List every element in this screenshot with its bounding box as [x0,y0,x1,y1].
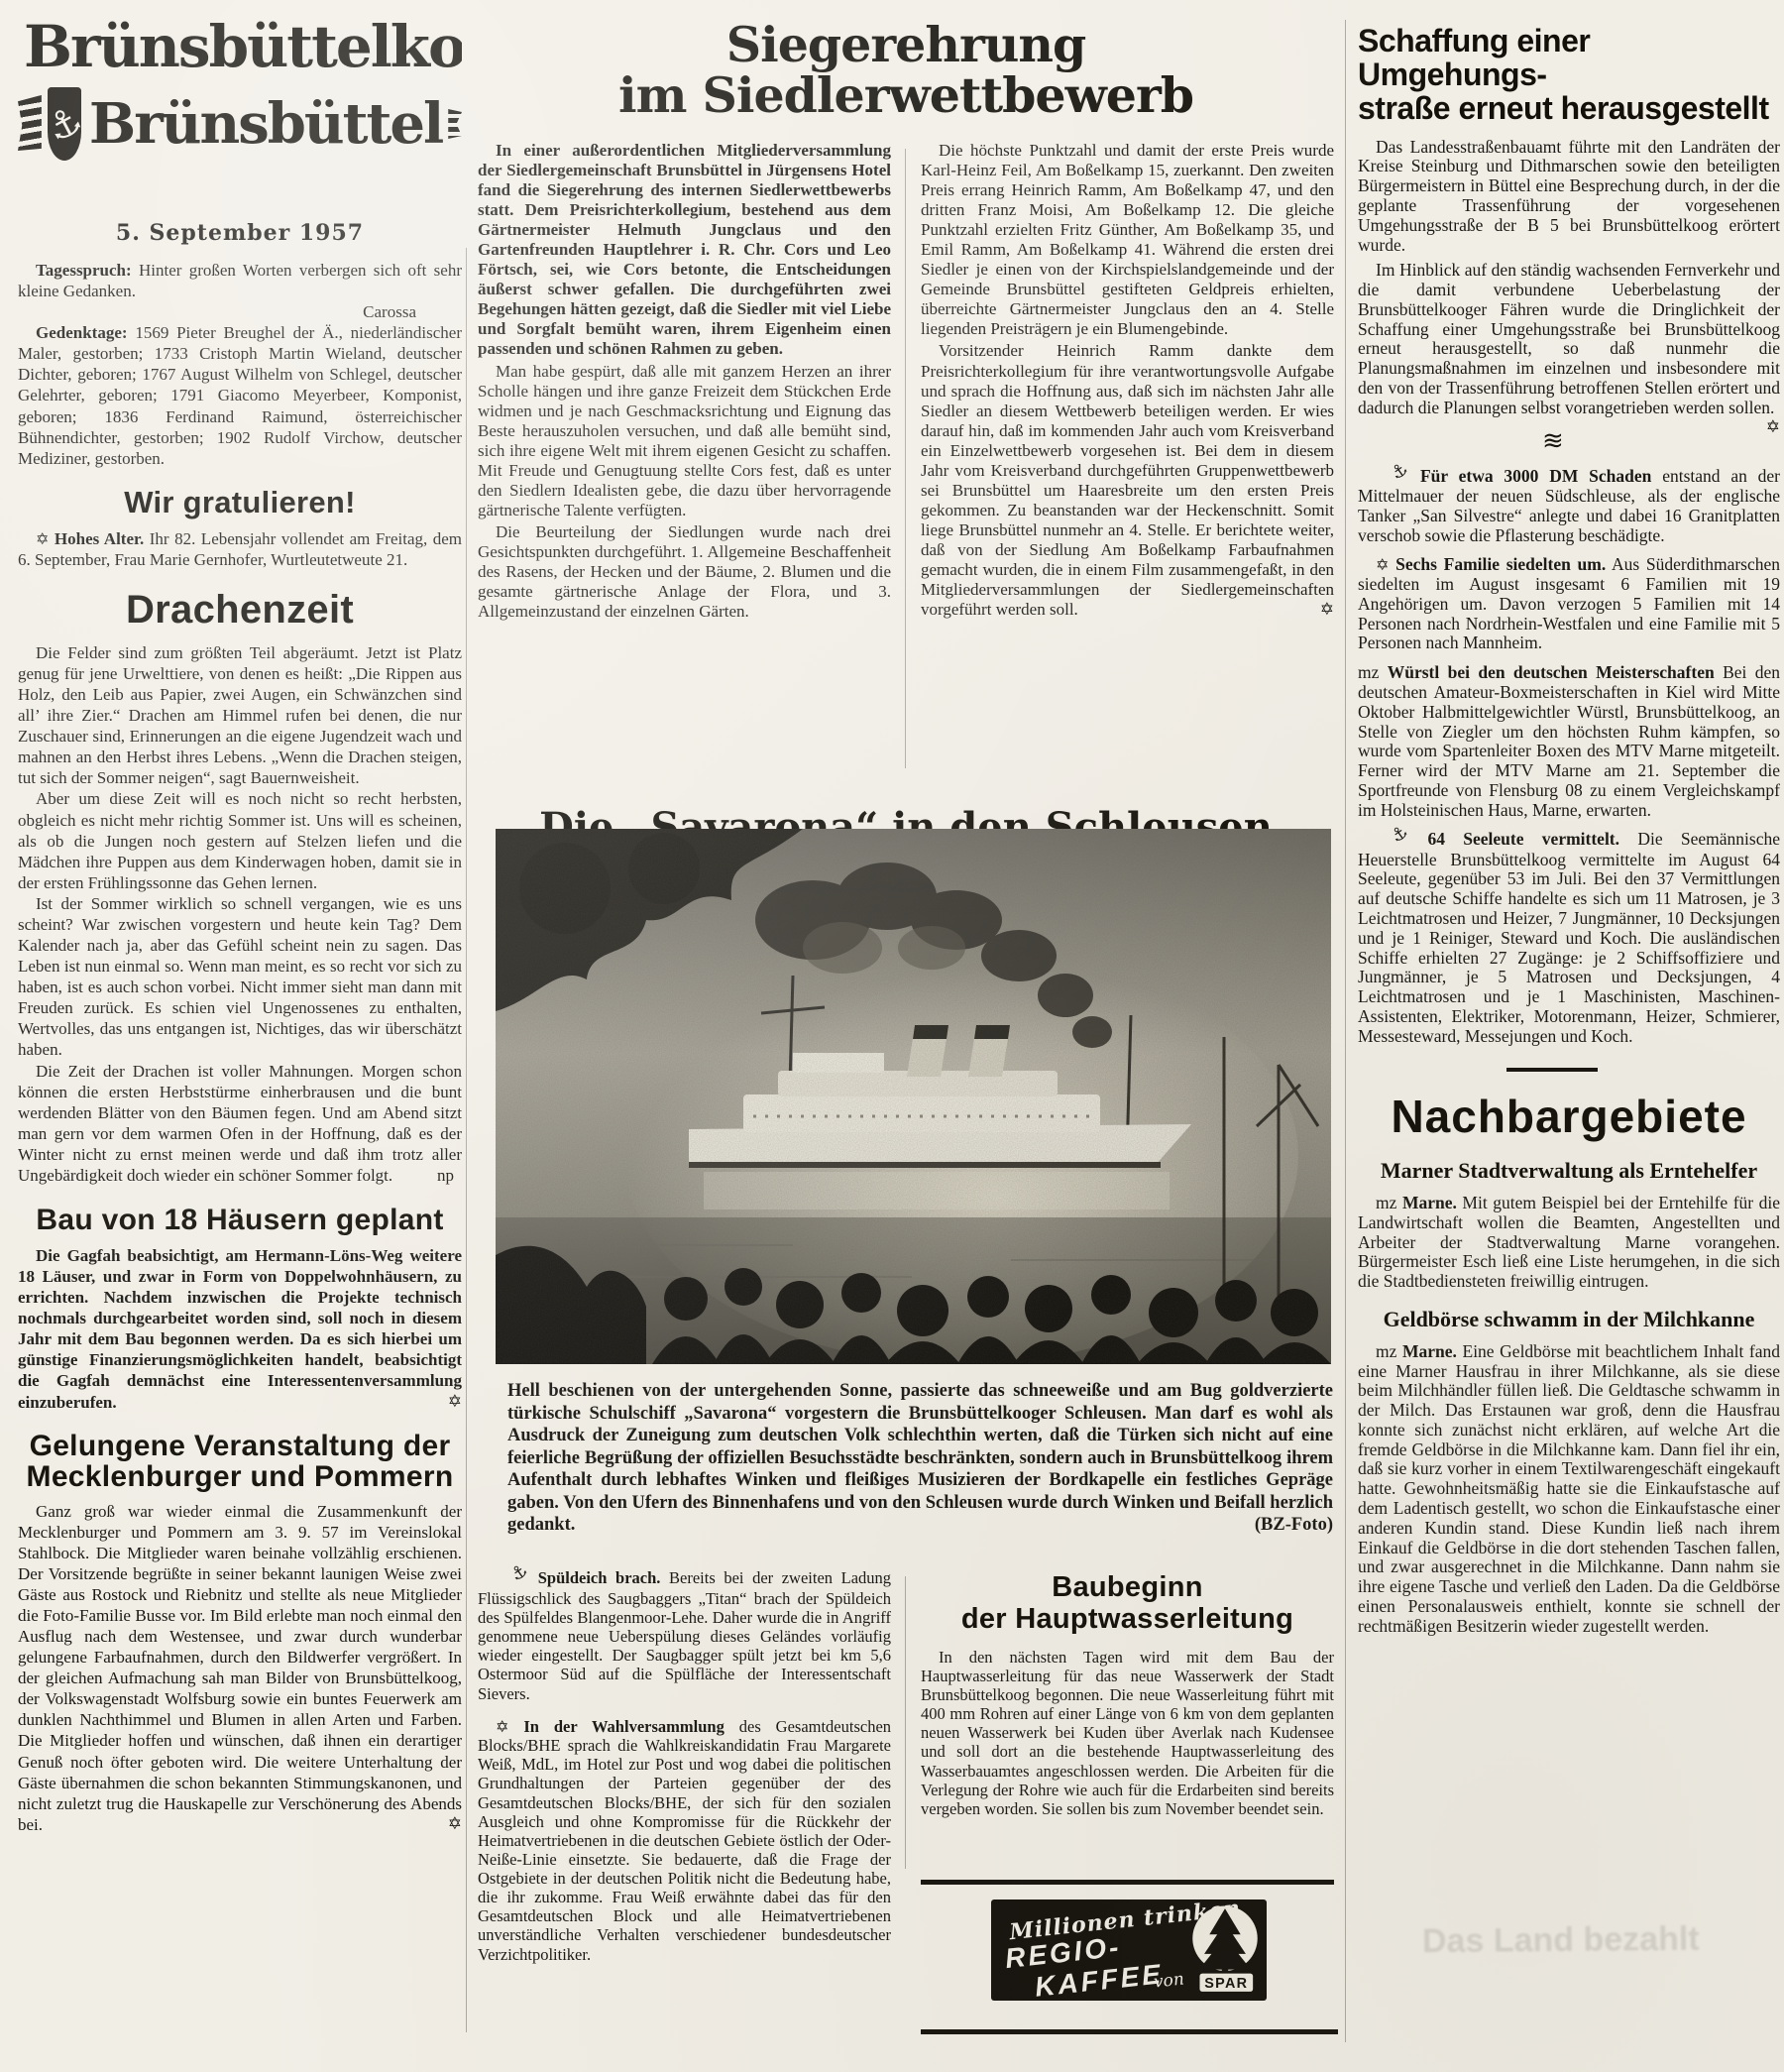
drachenzeit-p4: Die Zeit der Drachen ist voller Mahnunge… [18,1061,462,1186]
sieger-p5: Vorsitzender Heinrich Ramm dankte dem Pr… [921,341,1334,620]
sieger-p3: Die Beurteilung der Siedlungen wurde nac… [478,522,891,622]
anchor-icon: ⚓ [40,97,90,152]
bleed-through-text: Das Land bezahlt [1422,1920,1700,1961]
sieger-p4: Die höchste Punktzahl und damit der erst… [921,141,1334,339]
siegerehrung-columns: In einer außerordentlichen Mitgliederver… [478,141,1334,777]
heading-umgehungsstrasse: Schaffung einer Umgehungs- straße erneut… [1358,24,1780,126]
author-sign: np [419,1165,462,1186]
rule-below-ad [921,2029,1338,2034]
headline-siegerehrung: Siegerehrung im Siedlerwettbewerb [478,20,1334,121]
siegerehrung-col2: Die höchste Punktzahl und damit der erst… [921,141,1334,777]
wave-divider: ≋ [1358,427,1780,456]
gratulieren-item: ✡ Hohes Alter. Ihr 82. Lebensjahr vollen… [18,528,462,570]
gelungene-text: Ganz groß war wieder einmal die Zusammen… [18,1501,462,1835]
star-end-icon: ✡ [430,1392,462,1411]
spar-logo: SPAR [1189,1903,1261,1997]
ad-brand-name: SPAR [1204,1976,1248,1992]
item-wuerstl: mz Würstl bei den deutschen Meisterschaf… [1358,663,1780,820]
tagesspruch: Tagesspruch: Hinter großen Worten verber… [18,260,462,301]
star-end-icon: ✡ [430,1814,462,1833]
article-bau-18-haeuser: Bau von 18 Häusern geplant Die Gagfah be… [18,1204,462,1413]
baubeginn-text: In den nächsten Tagen wird mit dem Bau d… [921,1648,1334,1818]
masthead-title-line2: Brünsbüttel [89,96,442,152]
tagesspruch-author: Carossa [18,301,462,322]
heading-wir-gratulieren: Wir gratulieren! [18,485,462,520]
star-marker-icon: ✡ [36,529,49,548]
column-rule-left [466,248,467,2032]
column-rule-middle-top [905,149,906,768]
drachenzeit-p3: Ist der Sommer wirklich so schnell verga… [18,893,462,1061]
right-column: Schaffung einer Umgehungs- straße erneut… [1358,24,1780,2056]
rule-above-nachbargebiete [1506,1068,1598,1072]
article-gelungene-veranstaltung: Gelungene Veranstaltung der Mecklenburge… [18,1431,462,1835]
umgehung-p2: Im Hinblick auf den ständig wachsenden F… [1358,261,1780,417]
heading-geldboerse: Geldbörse schwamm in der Milchkanne [1358,1308,1780,1332]
item-wahlversammlung: ✡ In der Wahlversammlung des Gesamtdeuts… [478,1717,891,1964]
umgehung-p1: Das Landesstraßenbauamt führte mit den L… [1358,138,1780,256]
ship-photo-illustration [496,829,1331,1364]
erntehelfer-text: mz Marne. Mit gutem Beispiel bei der Ern… [1358,1194,1780,1292]
masthead: Brünsbüttelkoog ⚓ Brünsbüttel [18,18,462,214]
anchor-crest-shield: ⚓ [48,87,81,161]
article-wir-gratulieren: Wir gratulieren! ✡ Hohes Alter. Ihr 82. … [18,485,462,570]
photo-caption: Hell beschienen von der untergehenden So… [507,1380,1333,1537]
siegerehrung-col1: In einer außerordentlichen Mitgliederver… [478,141,891,777]
gedenktage: Gedenktage: 1569 Pieter Breughel der Ä.,… [18,322,462,469]
ribbon-flourish-icon [448,109,462,139]
item-seeleute: ⚓ 64 Seeleute vermittelt. Die Seemännisc… [1358,830,1780,1046]
sieger-p2: Man habe gespürt, daß alle mit ganzem He… [478,362,891,520]
newspaper-page: Brünsbüttelkoog ⚓ Brünsbüttel 5. Septemb… [0,0,1784,2072]
heading-gelungene: Gelungene Veranstaltung der Mecklenburge… [18,1431,462,1493]
drachenzeit-p2: Aber um diese Zeit will es noch nicht so… [18,788,462,892]
star-marker-icon: ✡ [496,1717,508,1736]
left-column: Brünsbüttelkoog ⚓ Brünsbüttel 5. Septemb… [18,18,462,2060]
spar-coffee-ad: Millionen trinken REGIO- KAFFEE von SPAR [991,1899,1267,2001]
bau-text: Die Gagfah beabsichtigt, am Hermann-Löns… [18,1245,462,1413]
rule-above-ad [921,1880,1334,1885]
column-rule-middle-bottom [905,1576,906,1869]
flag-flourish-icon [18,95,42,153]
ad-von: von [1153,1969,1185,1992]
photo-credit: (BZ-Foto) [1255,1514,1333,1537]
savarona-photo [496,829,1331,1364]
star-end-icon: ✡ [1748,417,1780,436]
heading-erntehelfer: Marner Stadtverwaltung als Erntehelfer [1358,1159,1780,1184]
item-familien: ✡ Sechs Familie siedelten um. Aus Süderd… [1358,555,1780,653]
item-schaden: ⚓ Für etwa 3000 DM Schaden entstand an d… [1358,467,1780,546]
geldboerse-text: mz Marne. Eine Geldbörse mit beachtliche… [1358,1342,1780,1636]
item-spueldeich: ⚓ Spüldeich brach. Bereits bei der zweit… [478,1568,891,1703]
middle-bottom-left-column: ⚓ Spüldeich brach. Bereits bei der zweit… [478,1568,891,1978]
sieger-lead: In einer außerordentlichen Mitgliederver… [478,141,891,360]
drachenzeit-p1: Die Felder sind zum größten Teil abgeräu… [18,642,462,789]
star-end-icon: ✡ [1302,600,1334,619]
heading-bau: Bau von 18 Häusern geplant [18,1204,462,1237]
column-rule-right [1345,20,1346,2042]
masthead-title-line1: Brünsbüttelkoog [24,18,462,75]
heading-nachbargebiete: Nachbargebiete [1358,1092,1780,1143]
star-marker-icon: ✡ [1376,555,1389,574]
issue-date: 5. September 1957 [18,220,462,246]
heading-baubeginn: Baubeginn der Hauptwasserleitung [921,1572,1334,1636]
middle-bottom-right-column: Baubeginn der Hauptwasserleitung In den … [921,1568,1334,1818]
article-drachenzeit: Drachenzeit Die Felder sind zum größten … [18,588,462,1186]
heading-drachenzeit: Drachenzeit [18,588,462,633]
